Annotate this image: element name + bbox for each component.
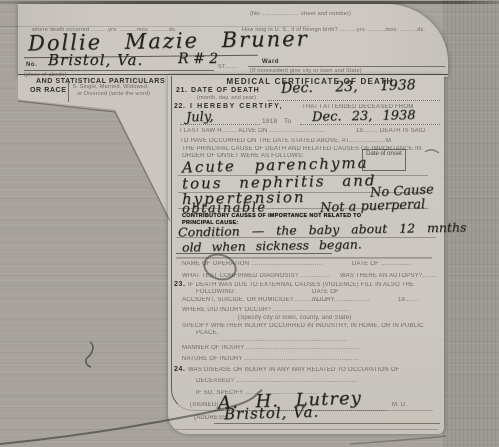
q24-line2: DECEASED? ..............................… — [196, 378, 357, 384]
q21-sublabel: (month, day, and year) — [197, 95, 256, 101]
death-certificate-scan: (No. ..................... street and nu… — [0, 0, 499, 447]
to-label: To — [284, 118, 291, 125]
last-saw-line: I LAST SAW H........ ALIVE ON ..........… — [180, 128, 325, 134]
q24-line1: WAS DISEASE OR INJURY IN ANY WAY RELATED… — [188, 367, 400, 373]
nonresident-note: (If nonresident give city or town and St… — [250, 68, 362, 74]
signed-label: (SIGNED) — [190, 402, 219, 408]
autopsy-row: WAS THERE AN AUTOPSY?....... — [340, 273, 436, 279]
q21-label: DATE OF DEATH — [191, 87, 260, 94]
ward-label: Ward — [262, 59, 279, 65]
contributory-handwritten-line2: old when sickness began. — [182, 236, 362, 254]
occurred-line: TO HAVE OCCURRED ON THE DATE STATED ABOV… — [180, 138, 393, 144]
physician-address-handwritten: Bristol, Va. — [224, 403, 320, 423]
q23-specify-note: (Specify city or town, county, and State… — [238, 315, 351, 321]
st-label: ST....... — [218, 64, 237, 70]
q23-line1: IF DEATH WAS DUE TO EXTERNAL CAUSES (VIO… — [188, 282, 414, 288]
test-row: WHAT TEST CONFIRMED DIAGNOSIS? .........… — [182, 273, 330, 279]
q23-accident-line: ACCIDENT, SUICIDE, OR HOMICIDE?.........… — [182, 297, 327, 303]
q23-year-blank: 19....... — [398, 297, 418, 303]
q23-number: 23. — [174, 281, 186, 288]
q24-number: 24. — [174, 366, 186, 373]
q21-number: 21. — [176, 87, 188, 94]
q23-manner-line: MANNER OF INJURY .......................… — [182, 345, 360, 351]
q23-date-of-label: DATE OF — [312, 289, 339, 295]
attended-from-handwritten: July, — [186, 110, 214, 126]
no-label: No. — [26, 62, 37, 68]
q22-number: 22. — [174, 103, 186, 110]
operation-date: DATE OF ................ — [352, 261, 411, 267]
stray-pen-squiggle — [86, 342, 93, 367]
q23-line2: FOLLOWING: — [196, 289, 236, 295]
marital-status-line2: or Divorced (write the word) — [77, 91, 150, 97]
marital-status-line1: 5. Single, Married, Widowed, — [73, 84, 149, 90]
rural-route-handwritten: R # 2 — [178, 51, 218, 67]
race-label: OR RACE — [30, 87, 66, 94]
paper-left-fragment — [18, 76, 170, 223]
death-said-line: 19......., DEATH IS SAID — [356, 128, 425, 134]
q23-injury-line: INJURY................... — [312, 297, 369, 303]
q23-nature-line: NATURE OF INJURY .......................… — [182, 356, 358, 362]
md-degree-label: M. D. — [392, 402, 407, 408]
q23-industry-line2: PLACE. — [196, 330, 219, 336]
abode-city-handwritten: Bristol, Va. — [48, 51, 143, 69]
street-number-note: (No. ..................... street and nu… — [250, 11, 351, 17]
q23-industry-dots: ........................................… — [220, 337, 347, 343]
top-fold-crease — [0, 1, 499, 4]
q23-industry-line1: SPECIFY WHETHER INJURY OCCURRED IN INDUS… — [182, 323, 424, 329]
cause-handwritten-line4: obtainable — [182, 200, 267, 216]
attended-to-handwritten: Dec. 23, 1938 — [312, 108, 416, 125]
attended-year-printed: 1918 — [262, 118, 277, 125]
q23-where-line: WHERE DID INJURY OCCUR? ................… — [182, 307, 349, 313]
bottom-edge-line — [350, 436, 446, 444]
